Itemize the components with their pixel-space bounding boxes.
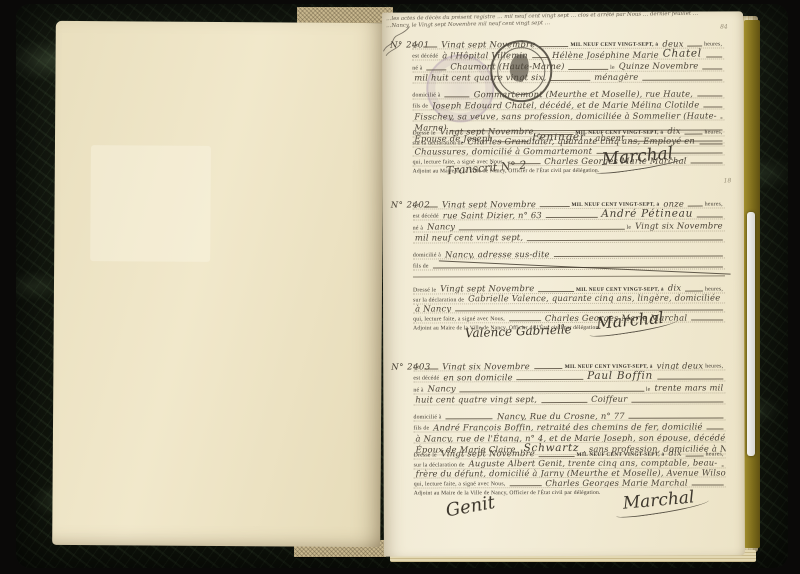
- printed-text: MIL NEUF CENT VINGT-SEPT, à: [576, 286, 666, 292]
- blank-rule: [721, 117, 723, 119]
- blank-rule: [424, 368, 438, 370]
- printed-text: MIL NEUF CENT VINGT-SEPT, à: [571, 202, 661, 208]
- blank-rule: [685, 289, 703, 291]
- blank-rule: [550, 79, 590, 81]
- blotter-patch: [90, 145, 211, 262]
- handwritten-text: dix: [665, 127, 682, 135]
- handwritten-text: Quinze Novembre: [617, 62, 701, 71]
- blank-rule: [509, 319, 541, 321]
- handwritten-text: Vingt sept Novembre: [440, 200, 538, 209]
- printed-text: domicilié à: [412, 92, 442, 98]
- blank-rule: [539, 45, 568, 47]
- handwritten-text: à l'Hôpital Villemin: [440, 51, 530, 60]
- blank-rule: [686, 454, 704, 456]
- handwritten-text: à Nancy: [413, 304, 453, 313]
- margin-mark: 18: [724, 177, 732, 184]
- handwritten-text: Vingt sept Novembre: [439, 40, 537, 49]
- printed-text: heures,: [704, 42, 724, 48]
- handwritten-text: Gommartemont (Meurthe et Moselle), rue H…: [472, 89, 695, 98]
- handwritten-text: Chatel: [661, 49, 704, 59]
- blank-rule: [459, 227, 624, 230]
- blank-rule: [423, 46, 438, 48]
- handwritten-text: frère du défunt, domicilié à Jarny (Meur…: [414, 468, 726, 478]
- handwritten-text: Vingt six Novembre: [633, 222, 725, 231]
- handwritten-text: Nancy: [425, 223, 457, 232]
- handwritten-text: Nancy: [426, 385, 458, 394]
- handwritten-text: mil huit cent quatre vingt six,: [412, 73, 548, 82]
- blank-rule: [532, 56, 548, 58]
- act-2402-body: LeVingt sept NovembreMIL NEUF CENT VINGT…: [413, 197, 725, 270]
- handwritten-text: André Pétineau: [599, 209, 695, 220]
- blank-rule: [538, 290, 574, 292]
- bookmark-ruler-strip: [747, 212, 755, 456]
- blank-rule: [569, 67, 609, 69]
- spine-cloth-top: [297, 7, 393, 23]
- handwritten-text: Vingt sept Novembre: [438, 284, 536, 293]
- printed-text: qui, lecture faite, a signé avec Nous,: [413, 316, 507, 322]
- handwritten-text: onze: [661, 199, 686, 207]
- printed-text: sur la déclaration de: [413, 297, 466, 303]
- printed-text: sur la déclaration de: [412, 140, 465, 146]
- printed-text: heures,: [706, 451, 726, 457]
- blank-rule: [697, 94, 722, 96]
- handwritten-text: Gabrielle Valence, quarante cinq ans, li…: [466, 294, 722, 303]
- blank-rule-line: [413, 275, 725, 277]
- handwritten-text: dix: [666, 284, 683, 292]
- blank-rule: [444, 95, 469, 97]
- blank-rule: [657, 378, 723, 380]
- handwritten-text: mil neuf cent vingt sept,: [413, 233, 525, 242]
- blank-rule: [688, 205, 703, 207]
- signature-valence-gabrielle: Valence Gabrielle: [465, 322, 572, 340]
- handwritten-text: en son domicile: [441, 373, 514, 382]
- handwritten-text: rue Saint Dizier, n° 63: [441, 211, 544, 220]
- handwritten-text: dix: [666, 449, 683, 457]
- handwritten-text: Vingt six Novembre: [440, 362, 532, 371]
- blank-rule: [702, 67, 722, 69]
- act-2403-body: LeVingt six NovembreMIL NEUF CENT VINGT-…: [413, 359, 725, 455]
- printed-text: fils de: [413, 264, 431, 270]
- handwritten-text: Chaumont (Haute-Marne): [448, 62, 566, 71]
- printed-text: MIL NEUF CENT VINGT-SEPT, à: [577, 451, 667, 457]
- left-blank-page: [52, 21, 384, 547]
- register-scan-photo: …les actes de décès du présent registre …: [0, 0, 800, 574]
- blank-rule: [697, 216, 723, 218]
- form-line: fils de: [413, 258, 725, 270]
- handwritten-text: huit cent quatre vingt sept,: [413, 395, 539, 404]
- printed-text: heures,: [704, 129, 724, 135]
- blank-rule: [699, 142, 722, 144]
- blank-rule: [460, 389, 644, 392]
- blank-rule: [539, 455, 575, 457]
- printed-text: né à: [413, 225, 425, 231]
- printed-text: fils de: [412, 104, 430, 110]
- handwritten-text: deux: [660, 39, 685, 47]
- blank-rule: [691, 162, 723, 164]
- closing-lines: Dressé leVingt sept NovembreMIL NEUF CEN…: [414, 448, 726, 488]
- blank-rule: [691, 319, 723, 321]
- printed-text: Dressé le: [412, 130, 437, 136]
- handwritten-text: André François Boffin, retraité des chem…: [431, 422, 704, 431]
- blank-rule: [427, 68, 447, 70]
- blank-rule: [721, 464, 723, 466]
- blank-rule: [527, 238, 723, 241]
- blank-rule: [509, 484, 541, 486]
- printed-text: Dressé le: [414, 452, 439, 458]
- printed-text: heures,: [705, 364, 725, 370]
- printed-text: est décédé: [413, 376, 441, 382]
- printed-text: né à: [412, 65, 424, 71]
- printed-text: est décédé: [413, 214, 441, 220]
- printed-text: Dressé le: [413, 287, 438, 293]
- handwritten-text: Chaussures, domicilié à Gommartemont: [413, 147, 595, 156]
- handwritten-text: vingt deux: [655, 361, 706, 370]
- handwritten-text: Charles Georges Marie Marchal: [543, 478, 689, 487]
- margin-mark: 84: [720, 23, 728, 30]
- blank-rule: [541, 401, 587, 403]
- handwritten-text: Vingt sept Novembre: [438, 127, 536, 136]
- blank-rule: [631, 400, 723, 402]
- printed-text: MIL NEUF CENT VINGT-SEPT, à: [570, 42, 660, 48]
- blank-rule: [455, 309, 723, 312]
- printed-text: fils de: [413, 426, 431, 432]
- handwritten-text: Fisschey, sa veuve, sans profession, dom…: [412, 111, 718, 120]
- printed-text: Le: [413, 203, 422, 209]
- blank-rule: [423, 206, 438, 208]
- blank-rule: [706, 56, 722, 58]
- register-right-page: …les actes de décès du présent registre …: [382, 11, 745, 556]
- printed-text: Le: [413, 365, 422, 371]
- handwritten-text: à Nancy, rue de l'Étang, n° 4, et de Mar…: [414, 433, 726, 443]
- blank-rule: [554, 254, 723, 257]
- blank-rule: [642, 78, 722, 80]
- handwritten-text: Coiffeur: [589, 395, 629, 404]
- printed-text: né à: [413, 387, 425, 393]
- handwritten-text: Hélène Joséphine Marie: [550, 51, 661, 60]
- printed-text: MIL NEUF CENT VINGT-SEPT, à: [575, 129, 665, 135]
- blank-rule: [446, 417, 493, 419]
- printed-text: domicilié à: [413, 414, 443, 420]
- blank-rule: [538, 133, 574, 135]
- printed-text: qui, lecture faite, a signé avec Nous,: [414, 481, 508, 487]
- blank-rule: [692, 484, 724, 486]
- handwritten-text: Nancy, adresse sus-dite: [443, 250, 552, 259]
- blank-rule: [534, 367, 563, 369]
- printed-text: domicilié à: [413, 252, 443, 258]
- printed-text: heures,: [705, 202, 725, 208]
- handwritten-text: Vingt sept Novembre: [439, 449, 537, 458]
- blank-rule: [629, 416, 724, 418]
- handwritten-text: Nancy, Rue du Crosne, n° 77: [495, 411, 627, 420]
- blank-rule: [703, 106, 722, 108]
- printed-text: Le: [412, 43, 421, 49]
- blank-rule: [546, 216, 597, 218]
- handwritten-text: ménagère: [592, 73, 640, 82]
- printed-text: MIL NEUF CENT VINGT-SEPT, à: [565, 364, 655, 370]
- printed-text: sur la déclaration de: [414, 462, 467, 468]
- blank-rule: [688, 45, 703, 47]
- handwritten-text: trente mars mil: [652, 384, 725, 393]
- blank-rule: [540, 205, 569, 207]
- blank-rule: [517, 378, 583, 380]
- blank-rule: [707, 428, 724, 430]
- handwritten-text: Joseph Edouard Chatel, décédé, et de Mar…: [430, 100, 701, 109]
- handwritten-text: Auguste Albert Genit, trente cinq ans, c…: [467, 459, 720, 468]
- printed-text: est décédé: [412, 54, 440, 60]
- handwritten-text: Paul Boffin: [585, 371, 655, 382]
- closing-lines: Dressé leVingt sept NovembreMIL NEUF CEN…: [413, 283, 725, 323]
- printed-text: heures,: [705, 286, 725, 292]
- blank-rule: [685, 132, 703, 134]
